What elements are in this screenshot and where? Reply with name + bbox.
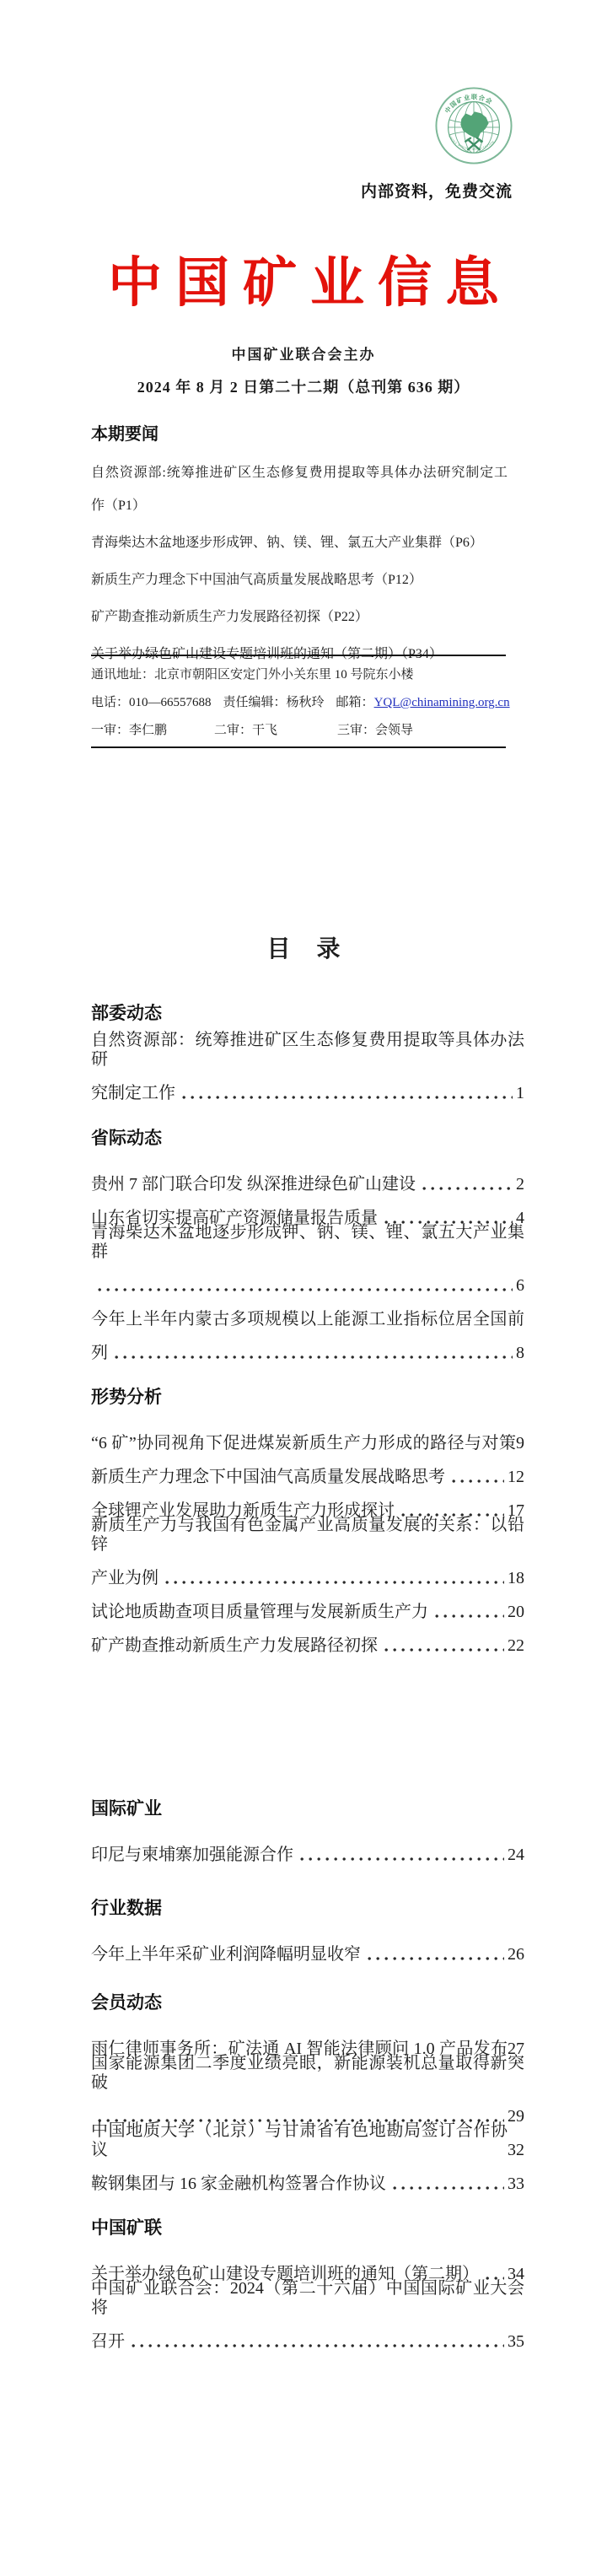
- field-label: 三审：: [337, 724, 375, 737]
- toc-section: 形势分析“6 矿”协同视角下促进煤炭新质生产力形成的路径与对策9新质生产力理念下…: [91, 1383, 524, 1656]
- issue-date-line: 2024 年 8 月 2 日第二十二期（总刊第 636 期）: [0, 375, 607, 397]
- contact-field: 二审：干飞: [214, 717, 337, 745]
- toc-entry-line: “6 矿”协同视角下促进煤炭新质生产力形成的路径与对策9: [91, 1420, 524, 1453]
- toc-page-number: 22: [508, 1636, 524, 1656]
- toc-page-number: 20: [508, 1603, 524, 1622]
- highlights-line: 矿产勘查推动新质生产力发展路径初探（P22）: [91, 601, 508, 633]
- highlights-item: 青海柴达木盆地逐步形成钾、钠、镁、锂、氯五大产业集群（P6）: [91, 526, 508, 559]
- toc-page-number: 1: [516, 1084, 524, 1103]
- toc-entry-line: 试论地质勘查项目质量管理与发展新质生产力20: [91, 1588, 524, 1622]
- toc-page-number: 2: [516, 1175, 524, 1194]
- toc-entry-line: 贵州 7 部门联合印发 纵深推进绿色矿山建设2: [91, 1161, 524, 1194]
- toc-section-heading: 会员动态: [91, 1989, 524, 2014]
- toc-entry-text: 列: [91, 1344, 108, 1363]
- contact-block: 通讯地址：北京市朝阳区安定门外小关东里 10 号院东小楼电话：010—66557…: [91, 655, 506, 748]
- toc-entry-line: 国家能源集团二季度业绩亮眼，新能源装机总量取得新突破: [91, 2059, 524, 2093]
- toc-entry-line: 召开35: [91, 2318, 524, 2352]
- toc-page-number: 18: [508, 1569, 524, 1588]
- dot-leader: [452, 1479, 504, 1483]
- field-label: 通讯地址：: [91, 668, 154, 682]
- contact-field: 责任编辑：杨秋玲: [223, 696, 325, 709]
- toc-entry-text: 矿产勘查推动新质生产力发展路径初探: [91, 1636, 378, 1656]
- highlights-list: 自然资源部:统筹推进矿区生态修复费用提取等具体办法研究制定工作（P1）青海柴达木…: [91, 456, 508, 671]
- toc-page-number: 26: [508, 1945, 524, 1964]
- highlights-line: 自然资源部:统筹推进矿区生态修复费用提取等具体办法研究制定工: [91, 456, 508, 489]
- contact-field: 电话：010—66557688: [91, 696, 212, 709]
- dot-leader: [422, 1187, 513, 1190]
- toc-entry-line: 矿产勘查推动新质生产力发展路径初探22: [91, 1622, 524, 1656]
- dot-leader: [182, 1096, 513, 1099]
- dot-leader: [435, 1614, 504, 1618]
- highlights-item: 矿产勘查推动新质生产力发展路径初探（P22）: [91, 601, 508, 633]
- toc-entry-text: “6 矿”协同视角下促进煤炭新质生产力形成的路径与对策: [91, 1434, 516, 1453]
- toc-entry-text: 究制定工作: [91, 1084, 175, 1103]
- toc-entry-text: 产业为例: [91, 1569, 158, 1588]
- field-value: 李仁鹏: [129, 724, 167, 737]
- field-value: 会领导: [375, 724, 413, 737]
- contact-line-phone: 电话：010—66557688责任编辑：杨秋玲邮箱：YQL@chinaminin…: [91, 689, 506, 717]
- contact-field: 通讯地址：北京市朝阳区安定门外小关东里 10 号院东小楼: [91, 668, 414, 682]
- internal-material-note: 内部资料，免费交流: [361, 179, 513, 202]
- contact-field: 一审：李仁鹏: [91, 717, 214, 745]
- toc-entry-text: 贵州 7 部门联合印发 纵深推进绿色矿山建设: [91, 1175, 416, 1194]
- toc-entry-line: 6: [91, 1262, 524, 1296]
- field-label: 一审：: [91, 724, 129, 737]
- toc-page-number: 32: [508, 2141, 524, 2160]
- toc-entry-line: 产业为例18: [91, 1555, 524, 1588]
- toc-entry-text: 印尼与柬埔寨加强能源合作: [91, 1846, 293, 1865]
- toc-entry-text: 试论地质勘查项目质量管理与发展新质生产力: [91, 1603, 428, 1622]
- field-label: 二审：: [214, 724, 252, 737]
- toc-entry-text: 鞍钢集团与 16 家金融机构签署合作协议: [91, 2175, 386, 2194]
- field-value: 010—66557688: [129, 696, 212, 709]
- contact-line-reviewers: 一审：李仁鹏二审：干飞三审：会领导: [91, 717, 506, 745]
- toc-entry-text: 召开: [91, 2332, 125, 2352]
- toc-entry-line: 自然资源部：统筹推进矿区生态修复费用提取等具体办法研: [91, 1036, 524, 1070]
- toc-title: 目 录: [0, 930, 607, 964]
- dot-leader: [384, 1648, 504, 1652]
- toc-section: 部委动态自然资源部：统筹推进矿区生态修复费用提取等具体办法研究制定工作1: [91, 1000, 524, 1103]
- toc-page-number: 9: [516, 1434, 524, 1453]
- highlights-item: 自然资源部:统筹推进矿区生态修复费用提取等具体办法研究制定工作（P1）: [91, 456, 508, 522]
- field-value: 干飞: [252, 724, 277, 737]
- field-label: 邮箱：: [336, 696, 374, 709]
- toc-entry-text: 青海柴达木盆地逐步形成钾、钠、镁、锂、氯五大产业集群: [91, 1223, 524, 1262]
- toc-entry-line: 今年上半年采矿业利润降幅明显收窄26: [91, 1931, 524, 1964]
- field-label: 电话：: [91, 696, 129, 709]
- toc-page-number: 6: [516, 1276, 524, 1296]
- toc-section: 行业数据今年上半年采矿业利润降幅明显收窄26: [91, 1894, 524, 1964]
- toc-page-number: 33: [508, 2175, 524, 2194]
- field-value: 杨秋玲: [287, 696, 325, 709]
- organizer-line: 中国矿业联合会主办: [0, 342, 607, 364]
- highlights-line: 作（P1）: [91, 489, 508, 522]
- contact-field: 邮箱：YQL@chinamining.org.cn: [336, 696, 510, 709]
- toc-entry-line: 中国矿业联合会：2024（第二十六届）中国国际矿业大会将: [91, 2284, 524, 2318]
- toc-section-heading: 部委动态: [91, 1000, 524, 1025]
- toc-entry-line: 新质生产力与我国有色金属产业高质量发展的关系：以铅锌: [91, 1521, 524, 1555]
- dot-leader: [393, 2186, 504, 2190]
- toc-page-number: 24: [508, 1846, 524, 1865]
- dot-leader: [132, 2344, 504, 2347]
- toc-entry-text: 中国矿业联合会：2024（第二十六届）中国国际矿业大会将: [91, 2279, 524, 2318]
- toc-entry-text: 中国地质大学（北京）与甘肃省有色地勘局签订合作协议: [91, 2121, 508, 2160]
- toc-entry-text: 新质生产力理念下中国油气高质量发展战略思考: [91, 1468, 445, 1487]
- toc-entry-line: 新质生产力理念下中国油气高质量发展战略思考12: [91, 1453, 524, 1487]
- dot-leader: [98, 1288, 513, 1291]
- newsletter-cover-page: 中国矿业联合会 CHINA MINING ASSOCIATION 内部资料，免费…: [0, 0, 607, 2576]
- toc-entry-text: 今年上半年内蒙古多项规模以上能源工业指标位居全国前: [91, 1310, 524, 1329]
- highlights-item: 新质生产力理念下中国油气高质量发展战略思考（P12）: [91, 563, 508, 596]
- dot-leader: [368, 1957, 504, 1960]
- toc-section: 会员动态雨仁律师事务所：矿法通 AI 智能法律顾问 1.0 产品发布27国家能源…: [91, 1989, 524, 2194]
- toc-entry-line: 青海柴达木盆地逐步形成钾、钠、镁、锂、氯五大产业集群: [91, 1228, 524, 1262]
- toc-section-heading: 省际动态: [91, 1124, 524, 1150]
- toc-section-heading: 形势分析: [91, 1383, 524, 1409]
- toc-section-heading: 国际矿业: [91, 1795, 524, 1820]
- toc-page-number: 29: [508, 2107, 524, 2126]
- toc-section-heading: 中国矿联: [91, 2214, 524, 2239]
- toc-entry-line: 印尼与柬埔寨加强能源合作24: [91, 1831, 524, 1865]
- contact-line-address: 通讯地址：北京市朝阳区安定门外小关东里 10 号院东小楼: [91, 661, 506, 689]
- toc-page-number: 12: [508, 1468, 524, 1487]
- toc-entry-line: 列8: [91, 1329, 524, 1363]
- toc-entry-text: 自然资源部：统筹推进矿区生态修复费用提取等具体办法研: [91, 1031, 524, 1070]
- toc-page-number: 8: [516, 1344, 524, 1363]
- dot-leader: [165, 1581, 504, 1584]
- toc-section: 中国矿联关于举办绿色矿山建设专题培训班的通知（第二期）34中国矿业联合会：202…: [91, 2214, 524, 2352]
- highlights-line: 青海柴达木盆地逐步形成钾、钠、镁、锂、氯五大产业集群（P6）: [91, 526, 508, 559]
- toc-page-number: 35: [508, 2332, 524, 2352]
- toc-section: 国际矿业印尼与柬埔寨加强能源合作24: [91, 1795, 524, 1865]
- dot-leader: [115, 1355, 513, 1359]
- toc-entry-text: 今年上半年采矿业利润降幅明显收窄: [91, 1945, 361, 1964]
- toc-entry-line: 中国地质大学（北京）与甘肃省有色地勘局签订合作协议32: [91, 2126, 524, 2160]
- contact-field: 三审：会领导: [337, 717, 413, 745]
- highlights-section: 本期要闻 自然资源部:统筹推进矿区生态修复费用提取等具体办法研究制定工作（P1）…: [91, 420, 508, 675]
- china-mining-association-logo-icon: 中国矿业联合会 CHINA MINING ASSOCIATION: [434, 80, 513, 171]
- toc-section-heading: 行业数据: [91, 1894, 524, 1920]
- toc-entry-line: 今年上半年内蒙古多项规模以上能源工业指标位居全国前: [91, 1296, 524, 1329]
- email-link[interactable]: YQL@chinamining.org.cn: [374, 696, 510, 709]
- highlights-heading: 本期要闻: [91, 420, 508, 445]
- toc-entry-text: 国家能源集团二季度业绩亮眼，新能源装机总量取得新突破: [91, 2054, 524, 2093]
- field-label: 责任编辑：: [223, 696, 287, 709]
- dot-leader: [300, 1857, 504, 1861]
- field-value: 北京市朝阳区安定门外小关东里 10 号院东小楼: [154, 668, 414, 682]
- toc-entry-line: 究制定工作1: [91, 1070, 524, 1103]
- toc-entry-line: 鞍钢集团与 16 家金融机构签署合作协议33: [91, 2160, 524, 2194]
- toc-section: 省际动态贵州 7 部门联合印发 纵深推进绿色矿山建设2山东省切实提高矿产资源储量…: [91, 1124, 524, 1363]
- highlights-line: 新质生产力理念下中国油气高质量发展战略思考（P12）: [91, 563, 508, 596]
- toc-entry-text: 新质生产力与我国有色金属产业高质量发展的关系：以铅锌: [91, 1516, 524, 1555]
- newsletter-title: 中国矿业信息: [0, 248, 607, 318]
